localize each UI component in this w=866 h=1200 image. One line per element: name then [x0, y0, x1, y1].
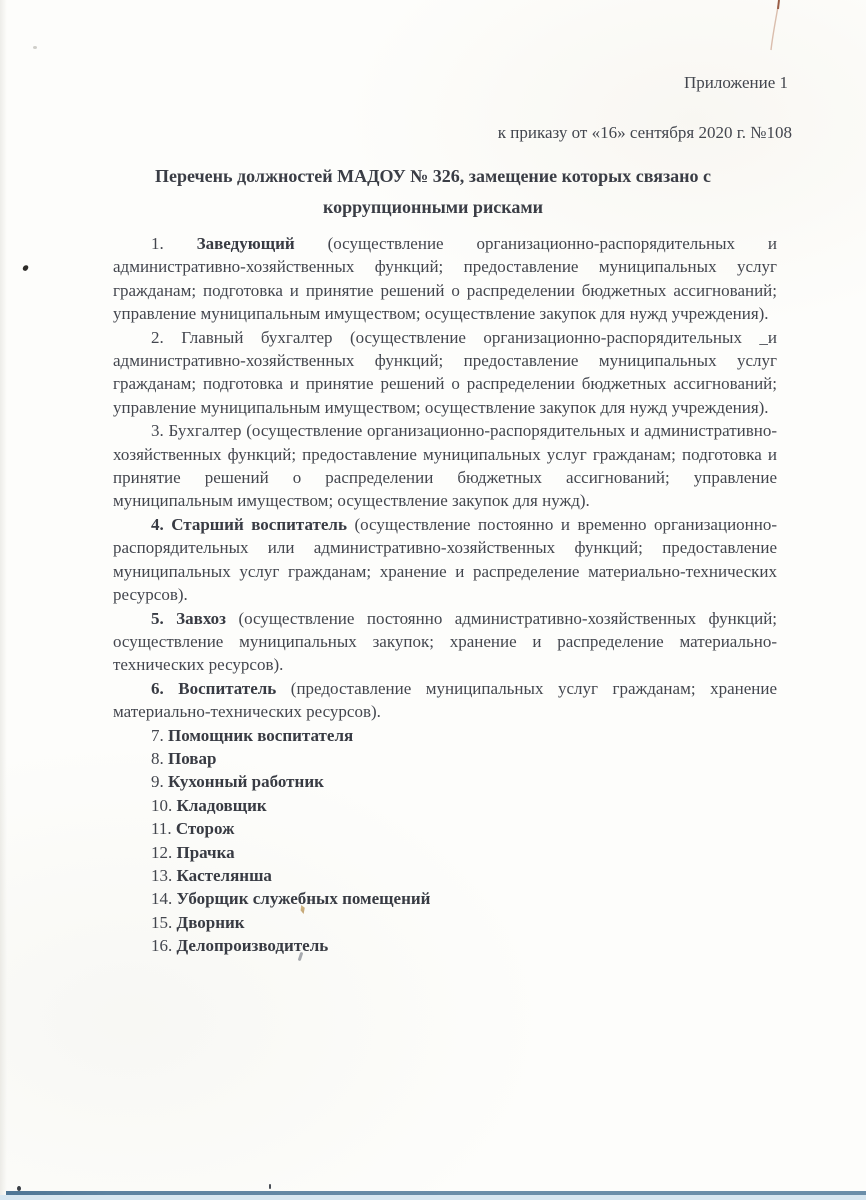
item-label: Делопроизводитель — [177, 936, 329, 955]
item-label: Уборщик служебных помещений — [177, 889, 431, 908]
list-item: 9. Кухонный работник — [151, 770, 777, 793]
item-number: 11. — [151, 819, 172, 838]
item-number: 13. — [151, 866, 172, 885]
paragraph-number: 3. — [151, 421, 164, 440]
item-label: Кухонный работник — [168, 772, 324, 791]
list-item: 7. Помощник воспитателя — [151, 724, 777, 747]
paragraph: 5. Завхоз (осуществление постоянно админ… — [113, 607, 777, 677]
list-item: 11. Сторож — [151, 817, 777, 840]
paragraph: 6. Воспитатель (предоставление муниципал… — [113, 677, 777, 724]
item-number: 10. — [151, 796, 172, 815]
item-number: 15. — [151, 913, 172, 932]
item-number: 9. — [151, 772, 164, 791]
page-edge-shadow — [0, 0, 7, 1200]
scan-edge-strip — [0, 1195, 866, 1200]
item-number: 7. — [151, 726, 164, 745]
paragraph-number: 4. — [151, 515, 164, 534]
position-name: Заведующий — [197, 234, 295, 253]
paragraph: 4. Старший воспитатель (осуществление по… — [113, 513, 777, 607]
position-name: Главный бухгалтер — [181, 328, 332, 347]
position-name: Завхоз — [176, 609, 226, 628]
paragraph-number: 5. — [151, 609, 164, 628]
item-label: Кастелянша — [177, 866, 272, 885]
item-number: 12. — [151, 843, 172, 862]
item-label: Дворник — [177, 913, 245, 932]
list-item: 16. Делопроизводитель — [151, 934, 777, 957]
item-label: Сторож — [176, 819, 235, 838]
paragraph-number: 1. — [151, 234, 164, 253]
list-item: 14. Уборщик служебных помещений — [151, 887, 777, 910]
list-item: 15. Дворник — [151, 911, 777, 934]
item-label: Помощник воспитателя — [168, 726, 353, 745]
position-name: Старший воспитатель — [171, 515, 347, 534]
ink-speck — [22, 264, 29, 272]
list-item: 8. Повар — [151, 747, 777, 770]
item-number: 16. — [151, 936, 172, 955]
position-name: Бухгалтер — [169, 421, 242, 440]
appendix-label: Приложение 1 — [684, 73, 788, 93]
item-label: Повар — [168, 749, 216, 768]
scan-speck — [33, 46, 37, 49]
document-title: Перечень должностей МАДОУ № 326, замещен… — [93, 161, 773, 223]
positions-list: 7. Помощник воспитателя 8. Повар 9. Кухо… — [113, 724, 777, 958]
scan-scratch-mark — [758, 0, 790, 52]
position-name: Воспитатель — [178, 679, 276, 698]
paragraph: 3. Бухгалтер (осуществление организацион… — [113, 419, 777, 513]
item-number: 8. — [151, 749, 164, 768]
item-number: 14. — [151, 889, 172, 908]
item-label: Кладовщик — [177, 796, 267, 815]
document-body: 1. Заведующий (осуществление организацио… — [113, 232, 777, 958]
list-item: 10. Кладовщик — [151, 794, 777, 817]
list-item: 12. Прачка — [151, 841, 777, 864]
paragraph-number: 2. — [151, 328, 164, 347]
ink-speck — [269, 1184, 271, 1189]
list-item: 13. Кастелянша — [151, 864, 777, 887]
paragraph: 1. Заведующий (осуществление организацио… — [113, 232, 777, 326]
paragraph-number: 6. — [151, 679, 164, 698]
paragraph: 2. Главный бухгалтер (осуществление орга… — [113, 326, 777, 420]
scanned-document-page: Приложение 1 к приказу от «16» сентября … — [0, 0, 866, 1200]
order-reference: к приказу от «16» сентября 2020 г. №108 — [498, 123, 792, 143]
item-label: Прачка — [177, 843, 235, 862]
